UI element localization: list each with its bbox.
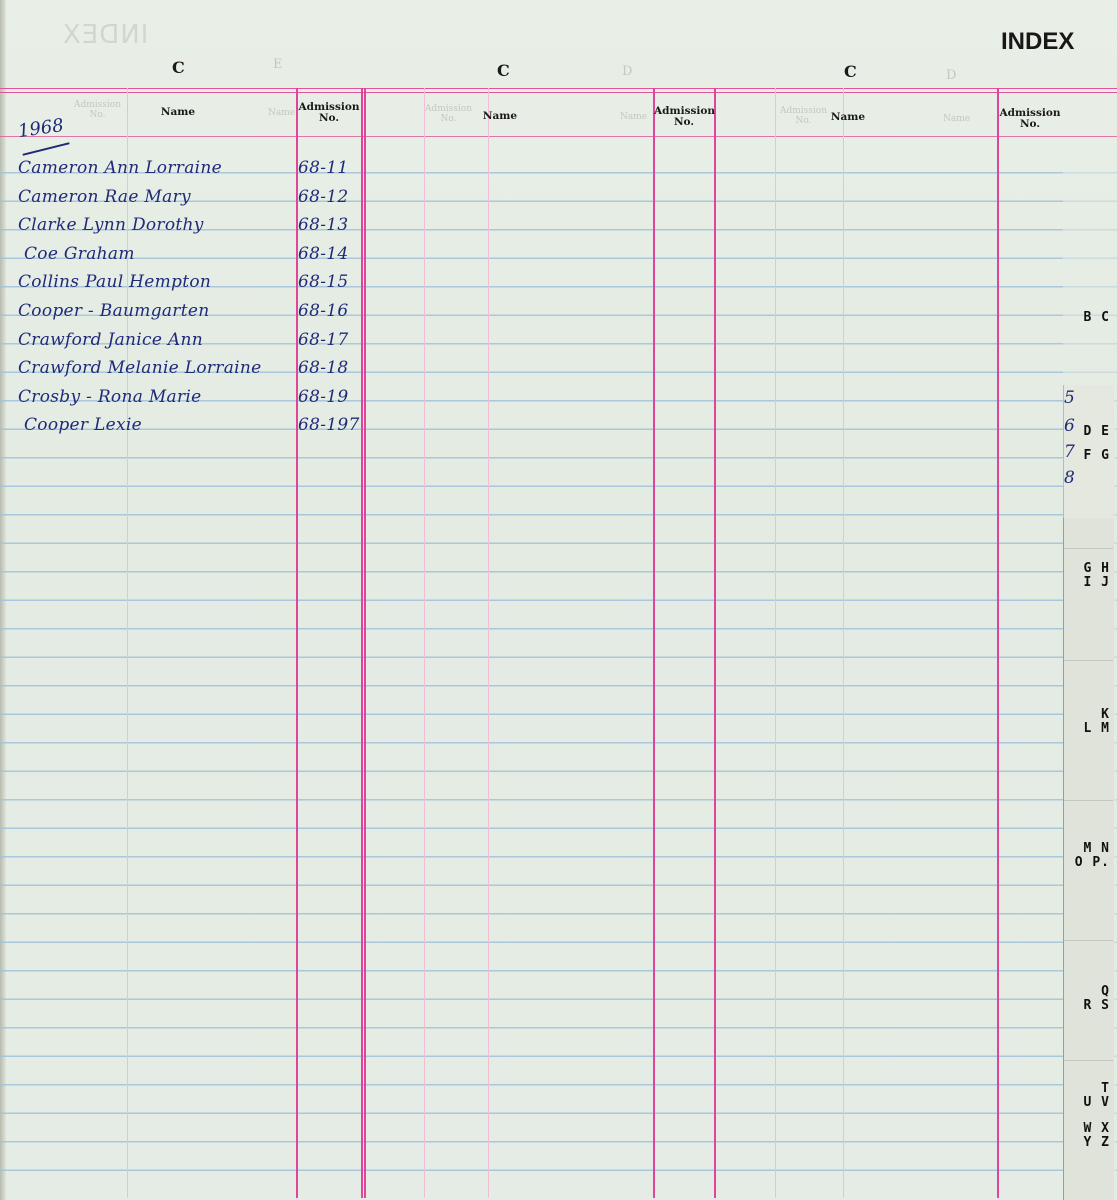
alphabet-tab[interactable]: W XY Z — [1068, 1122, 1110, 1150]
tab-handwritten-number: 8 — [1064, 468, 1075, 488]
ghost-admission-header: AdmissionNo. — [74, 100, 121, 120]
entry-name: Cameron Ann Lorraine — [18, 158, 222, 178]
column-rule-faint — [488, 88, 489, 1198]
ghost-admission-header: AdmissionNo. — [425, 104, 472, 124]
column-rule — [714, 88, 716, 1198]
alphabet-tab[interactable]: TU V — [1068, 1082, 1110, 1110]
tab-divider — [1064, 548, 1113, 549]
entry-admission-no: 68-12 — [298, 187, 349, 207]
column-letter: C — [497, 61, 510, 80]
entry-admission-no: 68-18 — [298, 358, 349, 378]
header-rule-top-double — [0, 92, 1117, 93]
ghost-name-header: Name — [943, 114, 970, 124]
alphabet-tab[interactable]: QR S — [1068, 985, 1110, 1013]
alphabet-tab[interactable]: G HI J — [1068, 562, 1110, 590]
entry-admission-no: 68-16 — [298, 301, 349, 321]
tab-divider — [1064, 800, 1113, 801]
ghost-column-letter: D — [946, 68, 956, 83]
ghost-name-header: Name — [620, 112, 647, 122]
column-letter: C — [844, 62, 857, 81]
entry-admission-no: 68-197 — [298, 415, 360, 435]
ghost-index-title: INDEX — [62, 20, 148, 50]
ghost-column-letter: E — [273, 57, 283, 72]
entry-name: Coe Graham — [24, 244, 135, 264]
column-rule-faint — [424, 88, 425, 1198]
alphabet-tab[interactable]: M NO P. — [1068, 842, 1110, 870]
column-rule-faint — [775, 88, 776, 1198]
entry-name: Crosby - Rona Marie — [18, 387, 202, 407]
entry-name: Cooper Lexie — [24, 415, 142, 435]
column-rule — [653, 88, 655, 1198]
entry-admission-no: 68-11 — [298, 158, 349, 178]
entry-admission-no: 68-15 — [298, 272, 349, 292]
name-header: Name — [820, 112, 876, 123]
header-rule-top — [0, 88, 1117, 89]
name-header: Name — [472, 111, 528, 122]
tab-handwritten-number: 5 — [1064, 388, 1075, 408]
ghost-name-header: Name — [268, 108, 295, 118]
admission-header: AdmissionNo. — [654, 106, 714, 128]
alphabet-tab[interactable]: KL M — [1068, 708, 1110, 736]
column-rule — [364, 88, 366, 1198]
index-title: INDEX — [1001, 28, 1074, 56]
column-rule — [361, 88, 363, 1198]
alphabet-tab[interactable]: D E — [1068, 425, 1110, 439]
name-header: Name — [150, 107, 206, 118]
column-rule — [997, 88, 999, 1198]
entry-name: Cameron Rae Mary — [18, 187, 191, 207]
alphabet-tab[interactable]: B C — [1068, 311, 1110, 325]
year-label: 1968 — [17, 115, 65, 142]
ledger-page: INDEX E D D AdmissionNo. Name AdmissionN… — [0, 0, 1117, 1200]
entry-name: Crawford Melanie Lorraine — [18, 358, 262, 378]
entry-name: Crawford Janice Ann — [18, 330, 203, 350]
header-rule-bottom — [0, 136, 1117, 137]
ghost-column-letter: D — [622, 64, 632, 79]
tab-divider — [1064, 940, 1113, 941]
entry-admission-no: 68-14 — [298, 244, 349, 264]
admission-header: AdmissionNo. — [999, 108, 1061, 130]
entry-name: Clarke Lynn Dorothy — [18, 215, 204, 235]
column-rule-faint — [843, 88, 844, 1198]
tab-divider — [1064, 1060, 1113, 1061]
entry-admission-no: 68-13 — [298, 215, 349, 235]
tab-divider — [1064, 660, 1113, 661]
admission-header: AdmissionNo. — [298, 102, 360, 124]
entry-admission-no: 68-19 — [298, 387, 349, 407]
entry-name: Cooper - Baumgarten — [18, 301, 209, 321]
entry-name: Collins Paul Hempton — [18, 272, 211, 292]
entry-admission-no: 68-17 — [298, 330, 349, 350]
alphabet-tab[interactable]: F G — [1068, 449, 1110, 463]
column-letter: C — [172, 58, 185, 77]
